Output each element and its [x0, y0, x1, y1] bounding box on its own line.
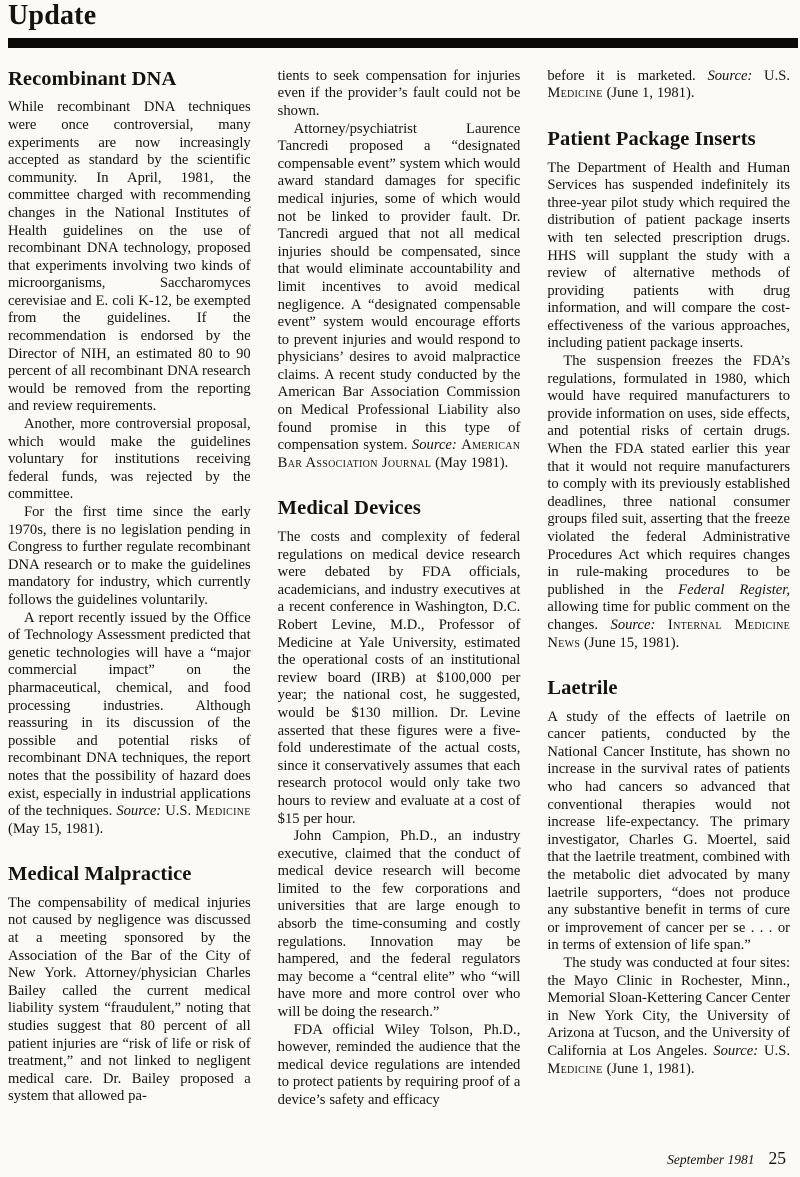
section-heading: Medical Malpractice — [8, 863, 251, 886]
text-run: The Department of Health and Human Servi… — [547, 160, 790, 352]
text-run: The suspension freezes the FDA’s regulat… — [547, 353, 790, 598]
italic-run: Source: — [412, 437, 457, 453]
paragraph: FDA official Wiley Tolson, Ph.D., howeve… — [278, 1022, 521, 1110]
section-heading: Medical Devices — [278, 497, 521, 520]
text-run: (May 15, 1981). — [8, 821, 103, 837]
text-run: A study of the effects of laetrile on ca… — [547, 709, 790, 954]
text-run: For the first time since the early 1970s… — [8, 504, 251, 608]
paragraph: The Department of Health and Human Servi… — [547, 160, 790, 354]
text-run: (June 1, 1981). — [603, 1061, 695, 1077]
text-run: (May 1981). — [431, 455, 508, 471]
italic-run: Federal Register, — [678, 582, 790, 598]
column-1: Recombinant DNAWhile recombinant DNA tec… — [8, 68, 251, 1177]
paragraph: Attorney/psychiatrist Laurence Tancredi … — [278, 121, 521, 473]
text-run: A report recently issued by the Office o… — [8, 610, 251, 820]
text-run: (June 15, 1981). — [580, 635, 679, 651]
paragraph: Another, more controversial proposal, wh… — [8, 416, 251, 504]
text-run: The compensability of medical injuries n… — [8, 895, 251, 1105]
paragraph: John Campion, Ph.D., an industry executi… — [278, 828, 521, 1022]
paragraph: For the first time since the early 1970s… — [8, 504, 251, 610]
paragraph: before it is marketed. Source: U.S. Medi… — [547, 68, 790, 103]
smallcaps-run: Medicine — [547, 85, 602, 101]
page-title: Update — [8, 0, 790, 32]
text-run: While recombinant DNA techniques were on… — [8, 99, 251, 414]
section-heading: Laetrile — [547, 677, 790, 700]
italic-run: Source: — [611, 617, 656, 633]
italic-run: Source: — [713, 1043, 758, 1059]
text-run: U.S. — [758, 1043, 790, 1059]
text-run: (June 1, 1981). — [603, 85, 695, 101]
paragraph: The costs and complexity of federal regu… — [278, 529, 521, 828]
column-2: tients to seek compensation for injuries… — [278, 68, 521, 1177]
text-run — [655, 617, 668, 633]
text-run: tients to seek compensation for injuries… — [278, 68, 521, 119]
paragraph: The compensability of medical injuries n… — [8, 895, 251, 1106]
paragraph: A study of the effects of laetrile on ca… — [547, 709, 790, 955]
column-3: before it is marketed. Source: U.S. Medi… — [547, 68, 790, 1177]
italic-run: Source: — [116, 803, 161, 819]
text-run: U.S. — [161, 803, 195, 819]
text-run: U.S. — [752, 68, 790, 84]
journal-page: Update Recombinant DNAWhile recombinant … — [0, 0, 800, 1177]
text-run: John Campion, Ph.D., an industry executi… — [278, 828, 521, 1020]
smallcaps-run: Medicine — [195, 803, 250, 819]
paragraph: While recombinant DNA techniques were on… — [8, 99, 251, 416]
page-number: 25 — [769, 1148, 787, 1169]
text-run: Another, more controversial proposal, wh… — [8, 416, 251, 502]
header-rule — [8, 38, 798, 48]
text-run: FDA official Wiley Tolson, Ph.D., howeve… — [278, 1022, 521, 1108]
issue-date: September 1981 — [667, 1152, 754, 1168]
smallcaps-run: Medicine — [547, 1061, 602, 1077]
article-columns: Recombinant DNAWhile recombinant DNA tec… — [8, 68, 790, 1177]
section-heading: Patient Package Inserts — [547, 128, 790, 151]
text-run: Attorney/psychiatrist Laurence Tancredi … — [278, 121, 521, 454]
text-run: before it is marketed. — [547, 68, 707, 84]
page-footer: September 1981 25 — [667, 1148, 786, 1169]
paragraph: The study was conducted at four sites: t… — [547, 955, 790, 1078]
paragraph: tients to seek compensation for injuries… — [278, 68, 521, 121]
italic-run: Source: — [707, 68, 752, 84]
text-run: The costs and complexity of federal regu… — [278, 529, 521, 827]
paragraph: The suspension freezes the FDA’s regulat… — [547, 353, 790, 652]
section-heading: Recombinant DNA — [8, 68, 251, 91]
paragraph: A report recently issued by the Office o… — [8, 610, 251, 839]
